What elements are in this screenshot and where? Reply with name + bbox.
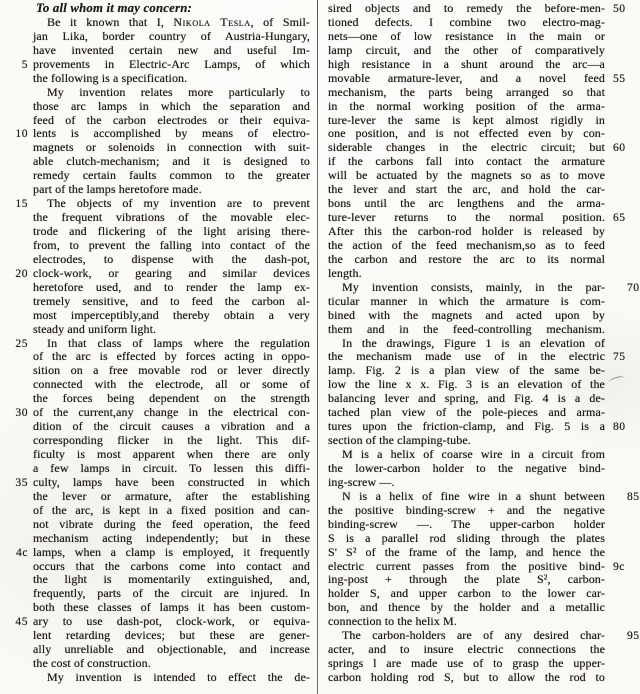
- line-text: balancing lever and spring, and Fig. 4 i…: [328, 391, 605, 405]
- line-text: not vibrate during the feed operation, t…: [33, 517, 310, 531]
- line-text: tures upon the friction-clamp, and Fig. …: [328, 419, 605, 433]
- line-text: the action of the feed mechanism,so as t…: [328, 238, 605, 252]
- margin-line-number: 15: [1, 197, 28, 211]
- line-text: tremely sensitive, and to feed the carbo…: [33, 294, 310, 308]
- line-text: them and in the feed-controlling mechani…: [328, 322, 605, 336]
- right-column: 50sired objects and to remedy the before…: [328, 2, 605, 685]
- line-text: provements in Electric-Arc Lamps, of whi…: [33, 57, 310, 71]
- text-line: 35culty, lamps have been constructed in …: [33, 476, 310, 490]
- text-line: 85N is a helix of fine wire in a shunt b…: [328, 490, 605, 504]
- text-line: connected with the electrode, all or som…: [33, 378, 310, 392]
- line-text: ficulty is most apparent when there are …: [33, 447, 310, 461]
- column-divider: [317, 0, 318, 694]
- line-text: those arc lamps in which the separation …: [33, 99, 310, 113]
- line-text: sired objects and to remedy the before-m…: [328, 1, 605, 15]
- margin-line-number: 9c: [613, 560, 625, 574]
- text-line: feed of the carbon electrodes or their e…: [33, 114, 310, 128]
- line-text: part of the lamps heretofore made.: [33, 182, 202, 196]
- margin-line-number: 60: [613, 141, 626, 155]
- line-text: lamp circuit, and the other of comparati…: [328, 43, 605, 57]
- line-text: In the drawings, Figure 1 is an elevatio…: [342, 336, 605, 350]
- line-text: the lever and start the arc, and hold th…: [328, 182, 605, 196]
- text-line: part of the lamps heretofore made.: [33, 183, 310, 197]
- text-line: S' S² of the frame of the lamp, and henc…: [328, 546, 605, 560]
- line-text: feed of the carbon electrodes or their e…: [33, 113, 310, 127]
- line-text: the positive binding-screw + and the neg…: [328, 503, 605, 517]
- text-line: dition of the circuit causes a vibration…: [33, 420, 310, 434]
- text-line: most imperceptibly,and thereby obtain a …: [33, 309, 310, 323]
- line-text: the carbon and restore the arc to its no…: [328, 252, 605, 266]
- text-line: tioned defects. I combine two electro-ma…: [328, 16, 605, 30]
- line-text: mechanism acting independently; but in t…: [33, 531, 310, 545]
- line-text: the lower-carbon holder to the negative …: [328, 461, 605, 475]
- scan-artifact-mark: [608, 375, 624, 384]
- text-line: the following is a specification.: [33, 72, 310, 86]
- text-line: bons until the arc lengthens and the arm…: [328, 197, 605, 211]
- text-line: nets—one of low resistance in the main o…: [328, 30, 605, 44]
- text-line: S is a parallel rod sliding through the …: [328, 532, 605, 546]
- text-line: the forces being dependent on the streng…: [33, 392, 310, 406]
- text-line: 9celectric current passes from the posit…: [328, 560, 605, 574]
- line-text: After this the carbon-rod holder is rele…: [328, 224, 605, 238]
- line-text: the light is momentarily extinguished, a…: [33, 572, 310, 586]
- line-text: sition on a free movable rod or lever di…: [33, 363, 310, 377]
- line-text: will be actuated by the magnets so as to…: [328, 168, 605, 182]
- text-line: 5provements in Electric-Arc Lamps, of wh…: [33, 58, 310, 72]
- text-line: acter, and to insure electric connection…: [328, 643, 605, 657]
- line-text: Be it known that I, Nikola Tesla, of Smi…: [47, 15, 310, 29]
- text-line: 65ture-lever returns to the normal posit…: [328, 211, 605, 225]
- line-text: dition of the circuit causes a vibration…: [33, 419, 310, 433]
- text-line: balancing lever and spring, and Fig. 4 i…: [328, 392, 605, 406]
- text-line: the lever and start the arc, and hold th…: [328, 183, 605, 197]
- text-line: binding-screw —. The upper-carbon holder: [328, 518, 605, 532]
- line-text: tached plan view of the pole-pieces and …: [328, 405, 605, 419]
- margin-line-number: 50: [613, 2, 626, 16]
- line-text: one position, and is not effected even b…: [328, 126, 605, 140]
- text-line: carbon holding rod S, but to allow the r…: [328, 671, 605, 685]
- text-line: length.: [328, 267, 605, 281]
- margin-line-number: 95: [613, 629, 640, 643]
- line-text: have invented certain new and useful Im-: [33, 43, 310, 57]
- margin-line-number: 85: [613, 490, 640, 504]
- text-line: in the normal working position of the ar…: [328, 100, 605, 114]
- text-line: ficulty is most apparent when there are …: [33, 448, 310, 462]
- text-line: of the arc is effected by forces acting …: [33, 350, 310, 364]
- text-line: lent retarding devices; but these are ge…: [33, 629, 310, 643]
- line-text: ticular manner in which the armature is …: [328, 294, 605, 308]
- margin-line-number: 80: [613, 420, 626, 434]
- text-line: if the carbons fall into contact the arm…: [328, 155, 605, 169]
- text-line: 95The carbon-holders are of any desired …: [328, 629, 605, 643]
- text-line: 25In that class of lamps where the regul…: [33, 337, 310, 351]
- text-line: the lever or armature, after the establi…: [33, 490, 310, 504]
- text-line: section of the clamping-tube.: [328, 434, 605, 448]
- line-text: lamp. Fig. 2 is a plan view of the same …: [328, 363, 605, 377]
- text-line: heretofore used, and to render the lamp …: [33, 281, 310, 295]
- line-text: lent retarding devices; but these are ge…: [33, 628, 310, 642]
- line-text: M is a helix of coarse wire in a circuit…: [342, 447, 605, 461]
- text-line: 75the mechanism made use of in the elect…: [328, 350, 605, 364]
- text-line: of the arc, is kept in a fixed position …: [33, 504, 310, 518]
- text-line: the light is momentarily extinguished, a…: [33, 573, 310, 587]
- line-text: most imperceptibly,and thereby obtain a …: [33, 308, 310, 322]
- line-text: the frequent vibrations of the movable e…: [33, 210, 310, 224]
- text-line: 45ary to use dash-pot, clock-work, or eq…: [33, 615, 310, 629]
- line-text: electrodes, to dispense with the dash-po…: [33, 252, 310, 266]
- text-line: frequently, parts of the circuit are inj…: [33, 587, 310, 601]
- text-line: those arc lamps in which the separation …: [33, 100, 310, 114]
- text-line: electrodes, to dispense with the dash-po…: [33, 253, 310, 267]
- line-text: carbon holding rod S, but to allow the r…: [328, 670, 605, 684]
- margin-line-number: 65: [613, 211, 626, 225]
- text-line: able clutch-mechanism; and it is designe…: [33, 155, 310, 169]
- text-line: connection to the helix M.: [328, 615, 605, 629]
- text-line: 80tures upon the friction-clamp, and Fig…: [328, 420, 605, 434]
- line-text: length.: [328, 266, 362, 280]
- text-line: 55movable armature-lever, and a novel fe…: [328, 72, 605, 86]
- text-line: from, to prevent the falling into contac…: [33, 239, 310, 253]
- line-text: The objects of my invention are to preve…: [47, 196, 310, 210]
- line-text: springs l are made use of to grasp the u…: [328, 656, 605, 670]
- text-line: holder S, and upper carbon to the lower …: [328, 587, 605, 601]
- line-text: heretofore used, and to render the lamp …: [33, 280, 310, 294]
- text-line: 50sired objects and to remedy the before…: [328, 2, 605, 16]
- text-line: the positive binding-screw + and the neg…: [328, 504, 605, 518]
- line-text: the forces being dependent on the streng…: [33, 391, 310, 405]
- text-line: 60siderable changes in the electric circ…: [328, 141, 605, 155]
- text-line: trode and flickering of the light arisin…: [33, 225, 310, 239]
- line-text: The carbon-holders are of any desired ch…: [342, 628, 605, 642]
- margin-line-number: 5: [22, 58, 28, 72]
- line-text: ture-lever returns to the normal positio…: [328, 210, 605, 224]
- text-line: have invented certain new and useful Im-: [33, 44, 310, 58]
- line-text: bined with the magnets and acted upon by: [328, 308, 605, 322]
- text-line: ally unreliable and objectionable, and i…: [33, 643, 310, 657]
- line-text: lents is accomplished by means of electr…: [33, 126, 310, 140]
- line-text: nets—one of low resistance in the main o…: [328, 29, 605, 43]
- text-line: 4clamps, when a clamp is employed, it fr…: [33, 546, 310, 560]
- line-text: In that class of lamps where the regulat…: [47, 336, 310, 350]
- line-text: N is a helix of fine wire in a shunt bet…: [342, 489, 605, 503]
- text-line: remedy certain faults common to the grea…: [33, 169, 310, 183]
- line-text: the lever or armature, after the establi…: [33, 489, 310, 503]
- line-text: ture-lever the same is kept almost rigid…: [328, 113, 605, 127]
- line-text: ally unreliable and objectionable, and i…: [33, 642, 310, 656]
- text-line: the cost of construction.: [33, 657, 310, 671]
- line-text: lamps, when a clamp is employed, it freq…: [33, 545, 310, 559]
- line-text: movable armature-lever, and a novel feed: [328, 71, 605, 85]
- line-text: remedy certain faults common to the grea…: [33, 168, 310, 182]
- line-text: the cost of construction.: [33, 656, 151, 670]
- margin-line-number: 4c: [16, 546, 28, 560]
- line-text: mechanism, the parts being arranged so t…: [328, 85, 605, 99]
- line-text: siderable changes in the electric circui…: [328, 140, 605, 154]
- left-column: To all whom it may concern: Be it known …: [33, 2, 310, 685]
- line-text: the mechanism made use of in the electri…: [328, 349, 605, 363]
- text-line: 15The objects of my invention are to pre…: [33, 197, 310, 211]
- line-text: connected with the electrode, all or som…: [33, 377, 310, 391]
- salutation-line: To all whom it may concern:: [33, 2, 310, 16]
- line-text: bons until the arc lengthens and the arm…: [328, 196, 605, 210]
- line-text: steady and uniform light.: [33, 322, 156, 336]
- text-line: the frequent vibrations of the movable e…: [33, 211, 310, 225]
- text-line: jan Lika, border country of Austria-Hung…: [33, 30, 310, 44]
- line-text: of the current,any change in the electri…: [33, 405, 310, 419]
- line-text: binding-screw —. The upper-carbon holder: [328, 517, 605, 531]
- text-line: corresponding flicker in the light. This…: [33, 434, 310, 448]
- text-line: tremely sensitive, and to feed the carbo…: [33, 295, 310, 309]
- text-line: tached plan view of the pole-pieces and …: [328, 406, 605, 420]
- line-text: low the line x x. Fig. 3 is an elevation…: [328, 377, 605, 391]
- text-line: ing-post + through the plate S², carbon-: [328, 573, 605, 587]
- line-text: a few lamps in circuit. To lessen this d…: [33, 461, 310, 475]
- line-text: S is a parallel rod sliding through the …: [328, 531, 605, 545]
- line-text: frequently, parts of the circuit are inj…: [33, 586, 310, 600]
- text-line: ing-screw —.: [328, 476, 605, 490]
- text-line: the lower-carbon holder to the negative …: [328, 462, 605, 476]
- margin-line-number: 70: [613, 281, 640, 295]
- text-line: bon, and thence by the holder and a meta…: [328, 601, 605, 615]
- text-line: M is a helix of coarse wire in a circuit…: [328, 448, 605, 462]
- text-line: Be it known that I, Nikola Tesla, of Smi…: [33, 16, 310, 30]
- text-line: will be actuated by the magnets so as to…: [328, 169, 605, 183]
- text-line: sition on a free movable rod or lever di…: [33, 364, 310, 378]
- text-line: magnets or solenoids in connection with …: [33, 141, 310, 155]
- line-text: high resistance in a shunt around the ar…: [328, 57, 605, 71]
- line-text: clock-work, or gearing and similar devic…: [33, 266, 310, 280]
- text-line: After this the carbon-rod holder is rele…: [328, 225, 605, 239]
- text-line: bined with the magnets and acted upon by: [328, 309, 605, 323]
- text-line: both these classes of lamps it has been …: [33, 601, 310, 615]
- line-text: ing-screw —.: [328, 475, 395, 489]
- line-text: in the normal working position of the ar…: [328, 99, 605, 113]
- text-line: 20clock-work, or gearing and similar dev…: [33, 267, 310, 281]
- line-text: section of the clamping-tube.: [328, 433, 471, 447]
- text-line: My invention relates more particularly t…: [33, 86, 310, 100]
- text-line: In the drawings, Figure 1 is an elevatio…: [328, 337, 605, 351]
- margin-line-number: 10: [15, 127, 28, 141]
- line-text: My invention consists, mainly, in the pa…: [342, 280, 605, 294]
- margin-line-number: 20: [15, 267, 28, 281]
- text-line: lamp. Fig. 2 is a plan view of the same …: [328, 364, 605, 378]
- line-text: both these classes of lamps it has been …: [33, 600, 310, 614]
- text-line: lamp circuit, and the other of comparati…: [328, 44, 605, 58]
- line-text: connection to the helix M.: [328, 614, 457, 628]
- line-text: able clutch-mechanism; and it is designe…: [33, 154, 310, 168]
- margin-line-number: 35: [15, 476, 28, 490]
- line-text: My invention relates more particularly t…: [47, 85, 310, 99]
- margin-line-number: 75: [613, 350, 626, 364]
- line-text: ing-post + through the plate S², carbon-: [328, 572, 605, 586]
- line-text: tioned defects. I combine two electro-ma…: [328, 15, 605, 29]
- line-text: if the carbons fall into contact the arm…: [328, 154, 605, 168]
- text-line: low the line x x. Fig. 3 is an elevation…: [328, 378, 605, 392]
- patent-page: To all whom it may concern: Be it known …: [0, 0, 640, 694]
- line-text: ary to use dash-pot, clock-work, or equi…: [33, 614, 310, 628]
- text-line: 30of the current,any change in the elect…: [33, 406, 310, 420]
- margin-line-number: 30: [15, 406, 28, 420]
- line-text: electric current passes from the positiv…: [328, 559, 605, 573]
- margin-line-number: 45: [15, 615, 28, 629]
- line-text: culty, lamps have been constructed in wh…: [33, 475, 310, 489]
- margin-line-number: 55: [613, 72, 626, 86]
- text-line: one position, and is not effected even b…: [328, 127, 605, 141]
- line-text: holder S, and upper carbon to the lower …: [328, 586, 605, 600]
- text-line: not vibrate during the feed operation, t…: [33, 518, 310, 532]
- line-text: My invention is intended to effect the d…: [47, 670, 310, 684]
- text-line: mechanism acting independently; but in t…: [33, 532, 310, 546]
- line-text: bon, and thence by the holder and a meta…: [328, 600, 605, 614]
- line-text: trode and flickering of the light arisin…: [33, 224, 310, 238]
- line-text: acter, and to insure electric connection…: [328, 642, 605, 656]
- line-text: the following is a specification.: [33, 71, 187, 85]
- text-line: high resistance in a shunt around the ar…: [328, 58, 605, 72]
- line-text: from, to prevent the falling into contac…: [33, 238, 310, 252]
- text-line: the carbon and restore the arc to its no…: [328, 253, 605, 267]
- line-text: occurs that the carbons come into contac…: [33, 559, 310, 573]
- line-text: magnets or solenoids in connection with …: [33, 140, 310, 154]
- line-text: jan Lika, border country of Austria-Hung…: [33, 29, 310, 43]
- text-line: steady and uniform light.: [33, 323, 310, 337]
- line-text: of the arc, is kept in a fixed position …: [33, 503, 310, 517]
- text-line: 70My invention consists, mainly, in the …: [328, 281, 605, 295]
- text-line: ture-lever the same is kept almost rigid…: [328, 114, 605, 128]
- text-line: springs l are made use of to grasp the u…: [328, 657, 605, 671]
- text-line: occurs that the carbons come into contac…: [33, 560, 310, 574]
- margin-line-number: 25: [1, 337, 28, 351]
- text-line: 10lents is accomplished by means of elec…: [33, 127, 310, 141]
- line-text: S' S² of the frame of the lamp, and henc…: [328, 545, 605, 559]
- line-text: of the arc is effected by forces acting …: [33, 349, 310, 363]
- text-line: ticular manner in which the armature is …: [328, 295, 605, 309]
- text-line: a few lamps in circuit. To lessen this d…: [33, 462, 310, 476]
- line-text: corresponding flicker in the light. This…: [33, 433, 310, 447]
- text-line: the action of the feed mechanism,so as t…: [328, 239, 605, 253]
- text-line: mechanism, the parts being arranged so t…: [328, 86, 605, 100]
- text-line: My invention is intended to effect the d…: [33, 671, 310, 685]
- text-line: them and in the feed-controlling mechani…: [328, 323, 605, 337]
